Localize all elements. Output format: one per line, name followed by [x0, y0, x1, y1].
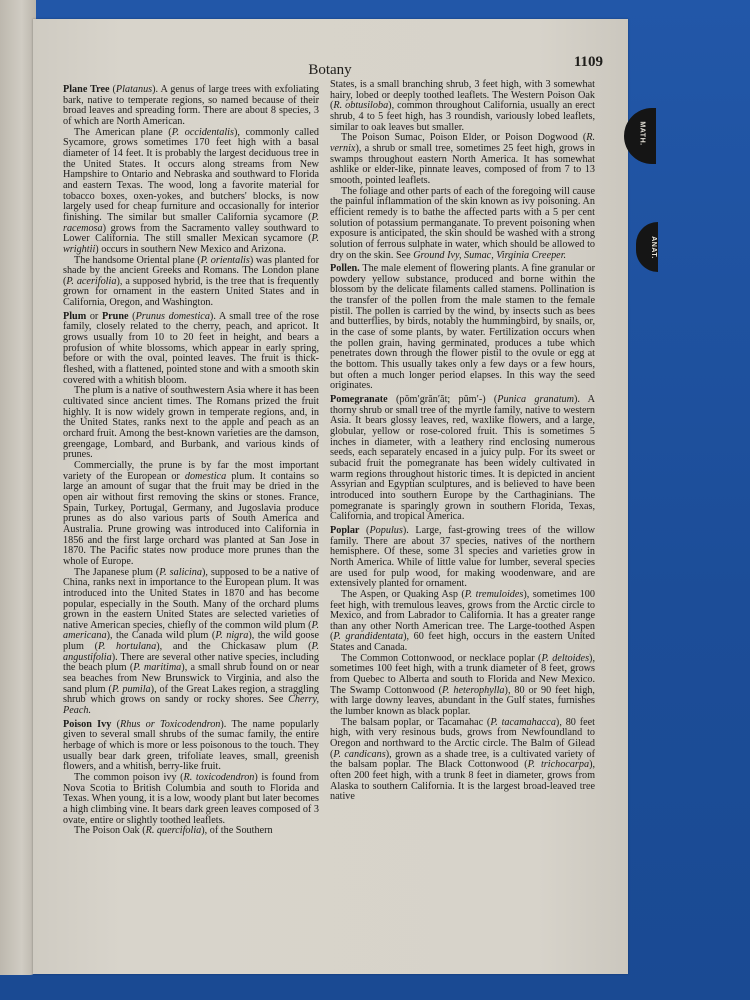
paragraph: The Poison Sumac, Poison Elder, or Poiso… — [330, 133, 595, 186]
latin-name: Punica granatum — [497, 394, 574, 405]
paragraph: The Poison Oak (R. quercifolia), of the … — [63, 826, 319, 837]
paragraph: The foliage and other parts of each of t… — [330, 187, 595, 262]
entry-headword: Pollen. — [330, 263, 360, 274]
section-title: Botany — [60, 62, 600, 79]
entry-headword: Poison Ivy — [63, 719, 111, 730]
entry-headword: Plane Tree — [63, 84, 110, 95]
entry-headword: Plum — [63, 311, 86, 322]
right-text-column: States, is a small branching shrub, 3 fe… — [330, 80, 595, 803]
paragraph: The common poison ivy (R. toxicodendron)… — [63, 773, 319, 826]
dictionary-entry: Poplar (Populus). Large, fast-growing tr… — [330, 526, 595, 590]
paragraph: The handsome Oriental plane (P. oriental… — [63, 256, 319, 309]
paragraph: The plum is a native of southwestern Asi… — [63, 386, 319, 461]
paragraph: The Common Cottonwood, or necklace popla… — [330, 654, 595, 718]
latin-name: Populus — [369, 525, 402, 536]
paragraph: The Japanese plum (P. salicina), suppose… — [63, 568, 319, 717]
latin-name: Prunus domestica — [136, 311, 210, 322]
tab-label: MATH. — [639, 121, 646, 145]
paragraph: States, is a small branching shrub, 3 fe… — [330, 80, 595, 133]
entry-headword: Prune — [102, 311, 129, 322]
paragraph: The Aspen, or Quaking Asp (P. tremuloide… — [330, 590, 595, 654]
paragraph: The balsam poplar, or Tacamahac (P. taca… — [330, 718, 595, 803]
dictionary-entry: Pomegranate (pŏm′grăn′ăt; pŭm′-) (Punica… — [330, 395, 595, 523]
dictionary-entry: Plum or Prune (Prunus domestica). A smal… — [63, 312, 319, 387]
tab-label: ANAT. — [650, 236, 657, 259]
dictionary-entry: Plane Tree (Platanus). A genus of large … — [63, 85, 319, 128]
page-number: 1109 — [574, 54, 603, 71]
paragraph: Commercially, the prune is by far the mo… — [63, 461, 319, 568]
dictionary-entry: Pollen. The male element of flowering pl… — [330, 264, 595, 392]
latin-name: Rhus or Toxicodendron — [120, 719, 220, 730]
entry-headword: Pomegranate — [330, 394, 388, 405]
left-text-column: Plane Tree (Platanus). A genus of large … — [63, 85, 319, 837]
dictionary-entry: Poison Ivy (Rhus or Toxicodendron). The … — [63, 720, 319, 773]
latin-name: Platanus — [116, 84, 152, 95]
paragraph: The American plane (P. occidentalis), co… — [63, 128, 319, 256]
left-page-edge — [0, 0, 36, 975]
entry-headword: Poplar — [330, 525, 359, 536]
